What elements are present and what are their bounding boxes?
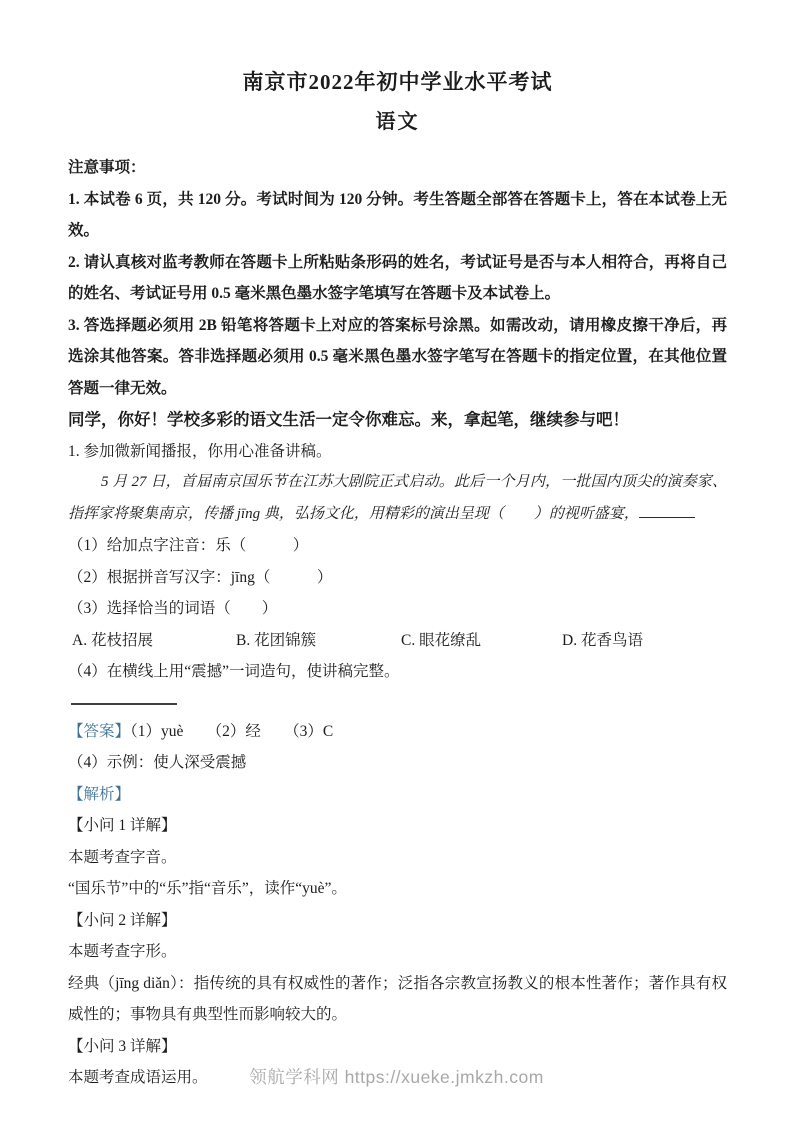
watermark-text: 领航学科网 https://xueke.jmkzh.com (0, 1064, 793, 1089)
analysis-section-2-line-2: 经典（jīng diǎn）：指传统的具有权威性的著作；泛指各宗教宣扬教义的根本性… (68, 968, 727, 1031)
passage-emphasized-char: 乐 (257, 474, 272, 490)
sub-question-1: （1）给加点字注音：乐（ ） (68, 530, 727, 562)
answer-line-1: 【答案】（1）yuè （2）经 （3）C (68, 716, 727, 748)
analysis-section-1-head: 【小问 1 详解】 (68, 810, 727, 842)
option-a: A. 花枝招展 (72, 625, 153, 657)
sub-question-3: （3）选择恰当的词语（ ） (68, 593, 727, 625)
option-c: C. 眼花缭乱 (401, 625, 481, 657)
question-passage: 5 月 27 日，首届南京国乐节在江苏大剧院正式启动。此后一个月内，一批国内顶尖… (68, 467, 727, 530)
sub-question-2: （2）根据拼音写汉字：jīng（ ） (68, 562, 727, 594)
notice-item-1: 1. 本试卷 6 页，共 120 分。考试时间为 120 分钟。考生答题全部答在… (68, 184, 727, 247)
question-1-intro: 1. 参加微新闻播报，你用心准备讲稿。 (68, 436, 727, 468)
answer-section-divider (71, 703, 177, 705)
analysis-section-3-head: 【小问 3 详解】 (68, 1031, 727, 1063)
sub-question-1-emphasized-char: 乐 (215, 537, 231, 554)
greeting-line: 同学，你好！学校多彩的语文生活一定令你难忘。来，拿起笔，继续参与吧！ (68, 404, 727, 436)
sub-question-1-parens: （ ） (231, 537, 309, 554)
answer-line-2: （4）示例：使人深受震撼 (68, 747, 727, 779)
answer-line-1-text: （1）yuè （2）经 （3）C (130, 723, 333, 740)
notice-item-2: 2. 请认真核对监考教师在答题卡上所粘贴条形码的姓名，考试证号是否与本人相符合，… (68, 247, 727, 310)
options-row: A. 花枝招展 B. 花团锦簇 C. 眼花缭乱 D. 花香鸟语 (68, 625, 727, 657)
subject-title: 语文 (68, 106, 727, 138)
analysis-section-1-line-2: “国乐节”中的“乐”指“音乐”，读作“yuè”。 (68, 873, 727, 905)
exam-title: 南京市2022年初中学业水平考试 (68, 66, 727, 98)
fill-in-blank-line (639, 502, 695, 518)
option-d: D. 花香鸟语 (562, 625, 643, 657)
exam-document: 南京市2022年初中学业水平考试 语文 注意事项： 1. 本试卷 6 页，共 1… (0, 0, 793, 1094)
analysis-label: 【解析】 (68, 779, 727, 811)
sub-question-4: （4）在横线上用“震撼”一词造句，使讲稿完整。 (68, 656, 727, 688)
passage-text-before: 5 月 27 日，首届南京国 (101, 474, 257, 490)
answer-label: 【答案】 (68, 723, 130, 740)
option-b: B. 花团锦簇 (236, 625, 316, 657)
analysis-section-1-line-1: 本题考查字音。 (68, 842, 727, 874)
sub-question-1-text: （1）给加点字注音： (68, 537, 215, 554)
notice-item-3: 3. 答选择题必须用 2B 铅笔将答题卡上对应的答案标号涂黑。如需改动，请用橡皮… (68, 310, 727, 405)
analysis-section-2-head: 【小问 2 详解】 (68, 905, 727, 937)
analysis-section-2-line-1: 本题考查字形。 (68, 936, 727, 968)
notice-header: 注意事项： (68, 152, 727, 184)
